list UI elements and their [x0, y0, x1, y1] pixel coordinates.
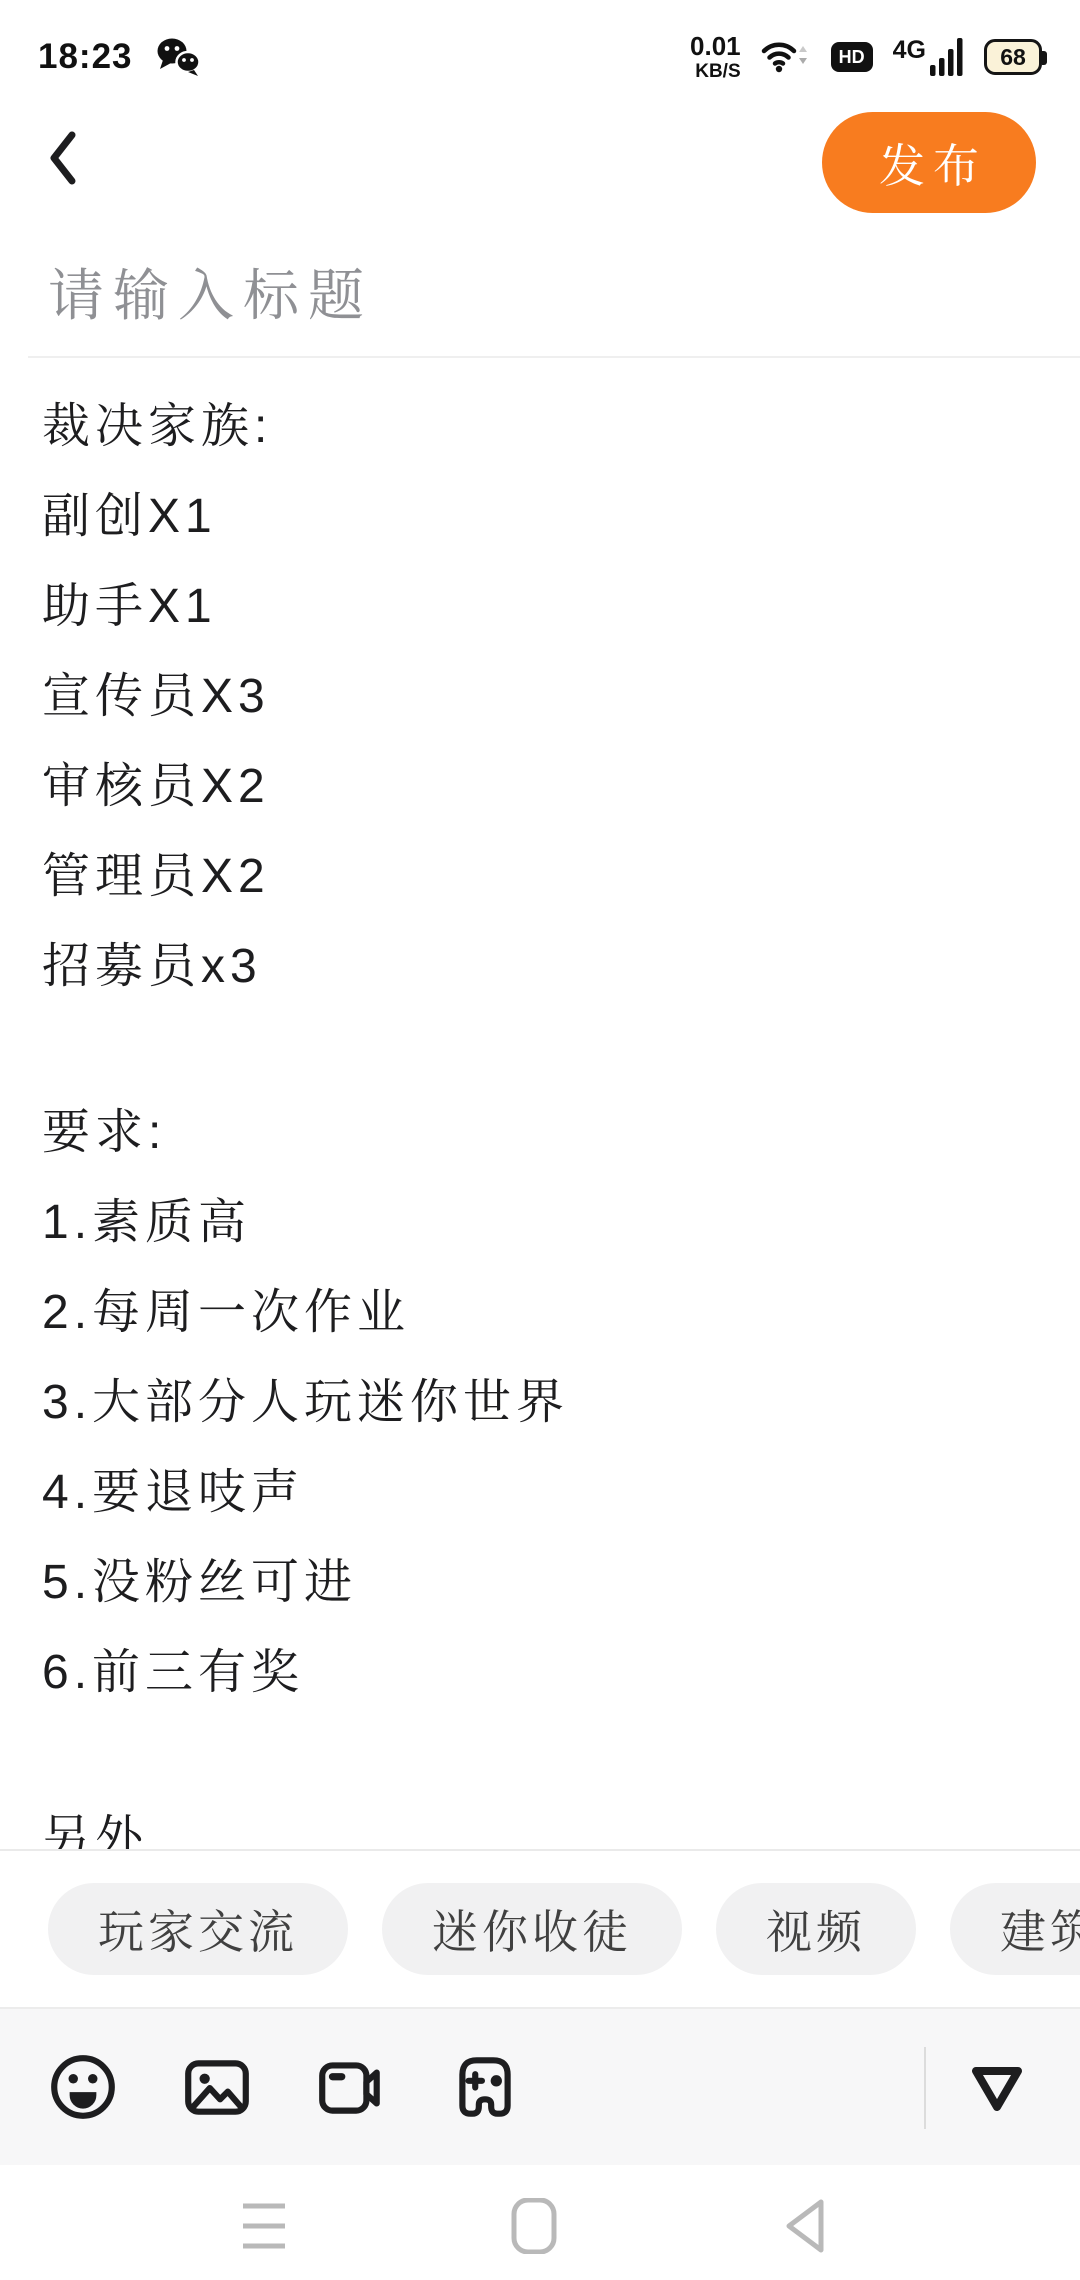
game-controller-icon — [448, 2050, 522, 2124]
editor-toolbar — [0, 2007, 1080, 2165]
back-button[interactable] — [46, 126, 90, 190]
triangle-down-icon — [958, 2049, 1036, 2127]
body-line: 审核员X2 — [42, 742, 1056, 832]
body-line: 管理员X2 — [42, 832, 1056, 922]
body-line: 6.前三有奖 — [42, 1628, 1056, 1718]
screen: 18:23 0.01 KB/S — [0, 0, 1080, 2280]
body-line: 招募员x3 — [42, 922, 1056, 1012]
title-input[interactable]: 请输入标题 — [48, 252, 1040, 330]
battery-icon: 68 — [984, 39, 1042, 75]
recents-button[interactable] — [241, 2196, 299, 2256]
tag-chip-video[interactable]: 视频 — [716, 1883, 916, 1975]
signal-4g-icon: 4G — [893, 36, 964, 78]
image-icon — [180, 2050, 254, 2124]
nav-back-button[interactable] — [781, 2196, 839, 2256]
emoji-icon — [46, 2050, 120, 2124]
tag-suggestions-row: 玩家交流 迷你收徒 视频 建筑 — [0, 1851, 1080, 2007]
emoji-button[interactable] — [46, 2050, 120, 2124]
nav-back-icon — [781, 2196, 839, 2256]
body-line: 助手X1 — [42, 562, 1056, 652]
body-line: 4.要退吱声 — [42, 1448, 1056, 1538]
tag-chip-building[interactable]: 建筑 — [950, 1883, 1080, 1975]
status-bar: 18:23 0.01 KB/S — [0, 26, 1080, 88]
post-body-editor[interactable]: 裁决家族: 副创X1 助手X1 宣传员X3 审核员X2 管理员X2 招募员x3 … — [42, 382, 1056, 1849]
insert-image-button[interactable] — [180, 2050, 254, 2124]
body-line: 3.大部分人玩迷你世界 — [42, 1358, 1056, 1448]
body-line: 裁决家族: — [42, 382, 1056, 472]
bottom-sheet: 玩家交流 迷你收徒 视频 建筑 — [0, 1849, 1080, 2280]
body-line-clipped: 另外 — [42, 1794, 1056, 1849]
body-line: 要求: — [42, 1088, 1056, 1178]
chevron-left-icon — [46, 130, 90, 186]
body-line: 1.素质高 — [42, 1178, 1056, 1268]
tag-chip-mini-apprentice[interactable]: 迷你收徒 — [382, 1883, 682, 1975]
recents-icon — [241, 2198, 299, 2254]
tag-chip-player-chat[interactable]: 玩家交流 — [48, 1883, 348, 1975]
hd-icon: HD — [831, 42, 873, 72]
clock: 18:23 — [38, 37, 133, 77]
wifi-icon — [761, 38, 811, 76]
video-camera-icon — [314, 2050, 388, 2124]
wechat-notification-icon — [155, 37, 203, 77]
title-divider — [28, 356, 1080, 358]
insert-video-button[interactable] — [314, 2050, 388, 2124]
body-line-empty — [42, 1012, 1056, 1088]
publish-button[interactable]: 发布 — [822, 112, 1036, 213]
insert-game-button[interactable] — [448, 2050, 522, 2124]
system-nav-bar — [0, 2165, 1080, 2278]
toolbar-divider — [924, 2047, 926, 2129]
body-line: 2.每周一次作业 — [42, 1268, 1056, 1358]
body-line: 5.没粉丝可进 — [42, 1538, 1056, 1628]
home-icon — [511, 2198, 569, 2254]
network-speed: 0.01 KB/S — [690, 33, 741, 81]
body-line: 宣传员X3 — [42, 652, 1056, 742]
battery-percent: 68 — [1000, 44, 1026, 71]
collapse-keyboard-button[interactable] — [958, 2049, 1036, 2127]
body-line-empty — [42, 1718, 1056, 1794]
home-button[interactable] — [511, 2196, 569, 2256]
body-line: 副创X1 — [42, 472, 1056, 562]
